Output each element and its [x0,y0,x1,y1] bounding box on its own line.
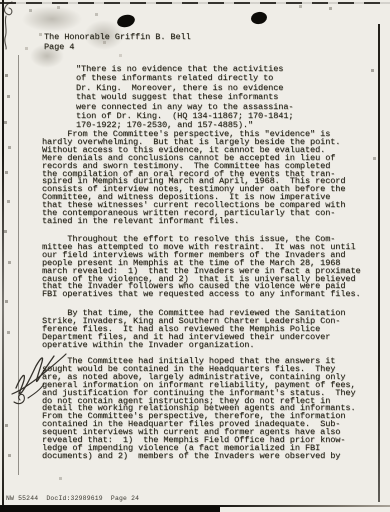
scan-edge-bottom-bar [0,506,220,512]
paragraph-1: From the Committee's perspective, this "… [42,131,345,226]
letter-header: The Honorable Griffin B. Bell Page 4 [44,33,191,52]
scan-edge-right [378,24,380,502]
corner-scribble-icon [0,0,20,50]
paragraph-3: By that time, the Committee had reviewed… [42,310,345,350]
paragraph-4: The Committee had initially hoped that t… [42,358,356,461]
scan-edge-left [2,0,4,512]
block-quote: "There is no evidence that the activitie… [76,65,293,131]
scanned-document-page: The Honorable Griffin B. Bell Page 4 "Th… [0,0,390,512]
scan-smudge [22,6,82,32]
archive-footer-stamp: NW 55244 DocId:32989619 Page 24 [6,495,139,502]
paragraph-2: Throughout the effort to resolve this is… [42,236,361,299]
ink-dot-icon [250,11,268,26]
scan-edge-top [0,2,390,4]
